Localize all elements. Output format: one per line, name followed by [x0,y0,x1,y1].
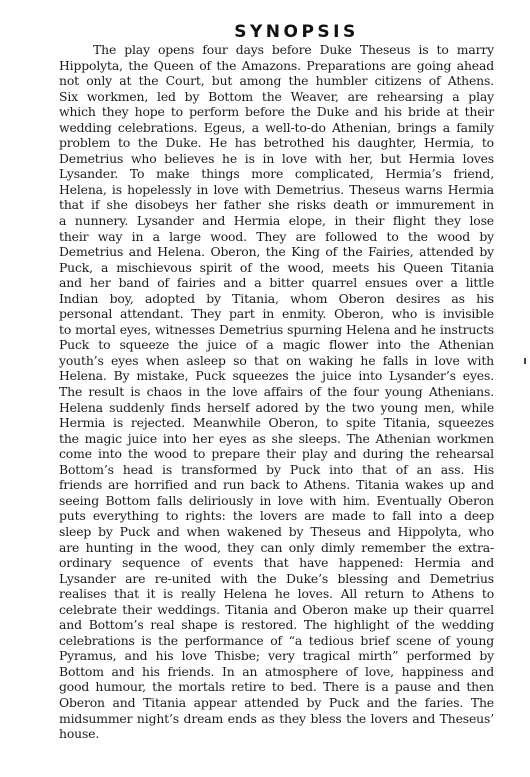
text-line: Demetrius and Helena. Oberon, the King o… [59,244,494,260]
text-line: Pyramus, and his love Thisbe; very tragi… [59,648,494,664]
text-line: and Bottom’s real shape is restored. The… [59,617,494,633]
page-title: SYNOPSIS [99,22,494,42]
text-line: Helena suddenly finds herself adored by … [59,400,494,416]
text-line: their way in a large wood. They are foll… [59,229,494,245]
text-line: Indian boy, adopted by Titania, whom Obe… [59,291,494,307]
text-line: youth’s eyes when asleep so that on waki… [59,353,494,369]
text-line: the magic juice into her eyes as she sle… [59,431,494,447]
text-line: Demetrius who believes he is in love wit… [59,151,494,167]
text-line: not only at the Court, but among the hum… [59,73,494,89]
scan-margin-mark [524,358,526,364]
text-line: Helena. By mistake, Puck squeezes the ju… [59,368,494,384]
text-line: midsummer night’s dream ends as they ble… [59,711,494,727]
text-line: Oberon and Titania appear attended by Pu… [59,695,494,711]
text-line: Helena, is hopelessly in love with Demet… [59,182,494,198]
text-line: and her band of fairies and a bitter qua… [59,275,494,291]
text-line: The result is chaos in the love affairs … [59,384,494,400]
text-line: seeing Bottom falls deliriously in love … [59,493,494,509]
text-line: house. [59,726,494,742]
text-line: friends are horrified and run back to At… [59,477,494,493]
synopsis-paragraph: The play opens four days before Duke The… [59,42,494,742]
text-line: are hunting in the wood, they can only d… [59,540,494,556]
text-line: Lysander are re-united with the Duke’s b… [59,571,494,587]
text-line: problem to the Duke. He has betrothed hi… [59,135,494,151]
text-line: to mortal eyes, witnesses Demetrius spur… [59,322,494,338]
text-line: Hippolyta, the Queen of the Amazons. Pre… [59,58,494,74]
text-line: a nunnery. Lysander and Hermia elope, in… [59,213,494,229]
text-line: celebrations is the performance of “a te… [59,633,494,649]
text-line: Bottom’s head is transformed by Puck int… [59,462,494,478]
text-line: puts everything to rights: the lovers ar… [59,508,494,524]
text-line: realises that it is really Helena he lov… [59,586,494,602]
text-line: Puck to squeeze the juice of a magic flo… [59,337,494,353]
text-line: wedding celebrations. Egeus, a well-to-d… [59,120,494,136]
text-line: The play opens four days before Duke The… [59,42,494,58]
text-line: ordinary sequence of events that have ha… [59,555,494,571]
text-line: Lysander. To make things more complicate… [59,166,494,182]
text-line: celebrate their weddings. Titania and Ob… [59,602,494,618]
text-line: Hermia is rejected. Meanwhile Oberon, to… [59,415,494,431]
text-line: good humour, the mortals retire to bed. … [59,679,494,695]
text-line: which they hope to perform before the Du… [59,104,494,120]
text-line: personal attendant. They part in enmity.… [59,306,494,322]
text-line: Puck, a mischievous spirit of the wood, … [59,260,494,276]
text-line: come into the wood to prepare their play… [59,446,494,462]
document-page: SYNOPSIS The play opens four days before… [59,22,494,742]
text-line: Bottom and his friends. In an atmosphere… [59,664,494,680]
text-line: that if she disobeys her father she risk… [59,197,494,213]
text-line: Six workmen, led by Bottom the Weaver, a… [59,89,494,105]
text-line: sleep by Puck and when wakened by Theseu… [59,524,494,540]
